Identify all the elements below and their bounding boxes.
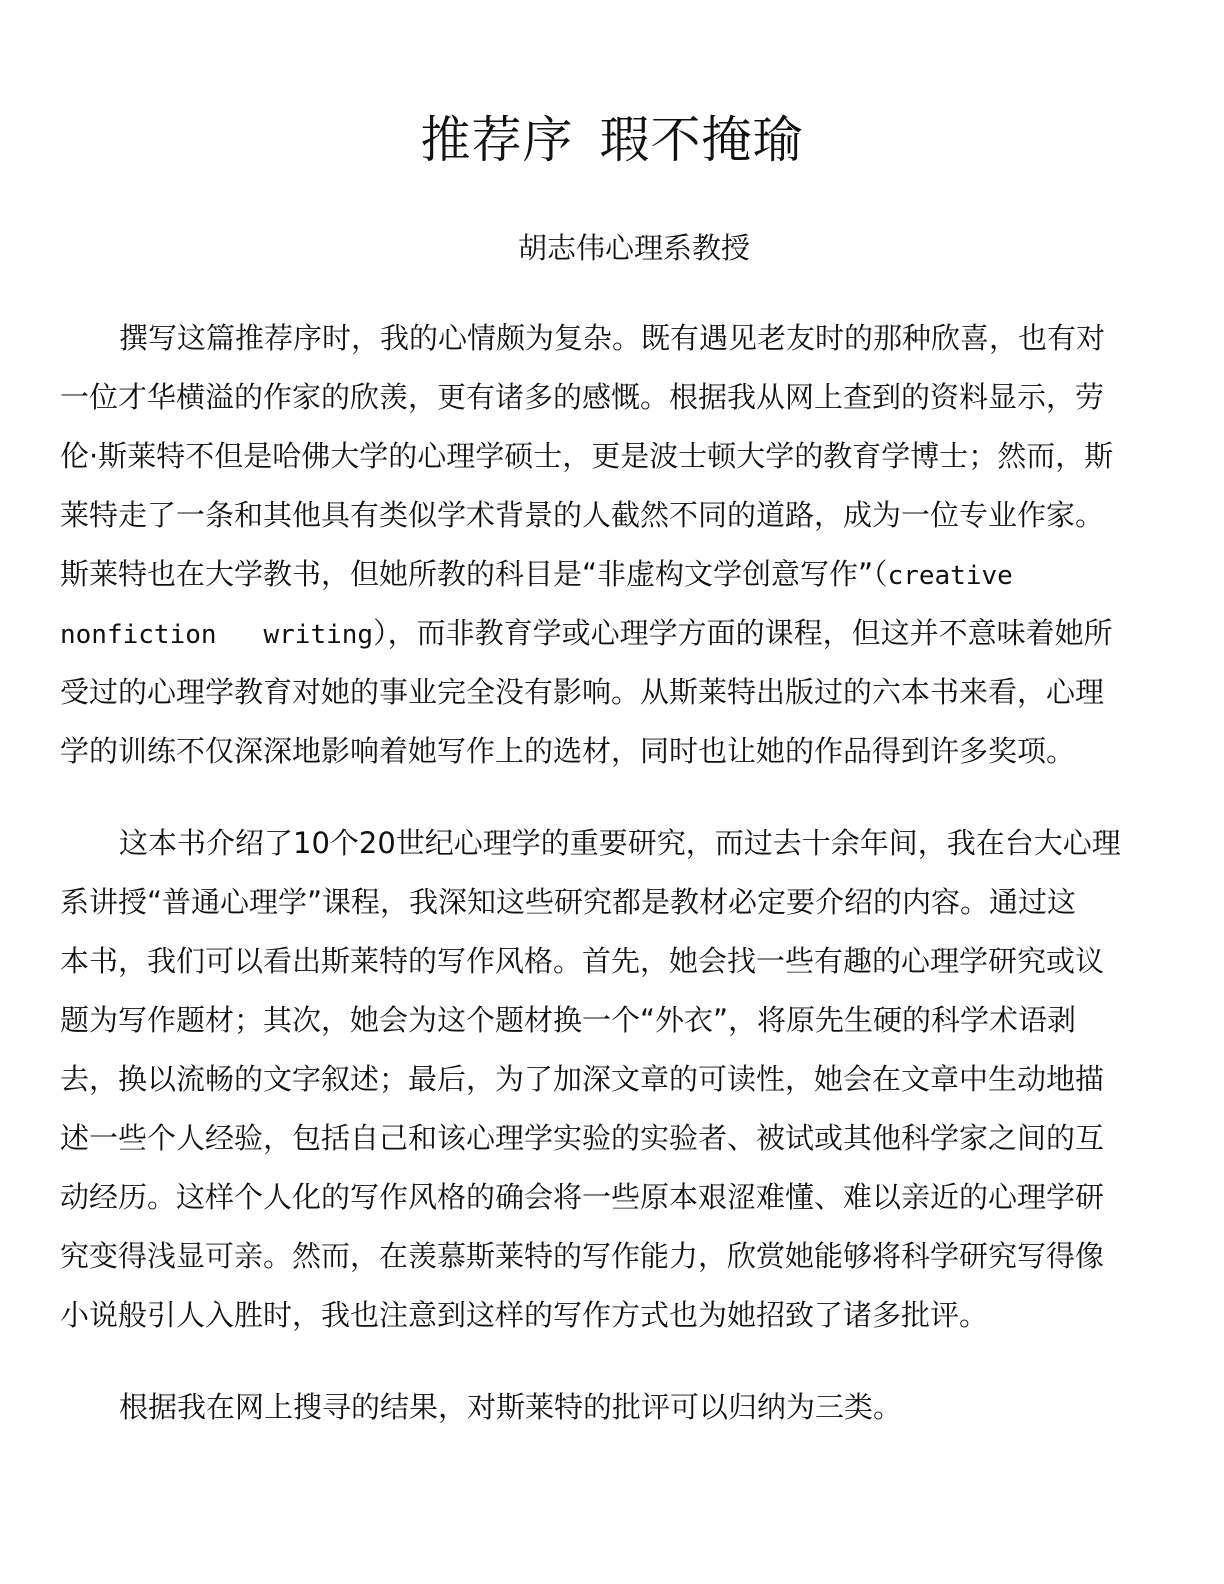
title-part-1: 推荐序: [421, 111, 574, 169]
text-line: 本书，我们可以看出斯莱特的写作风格。首先，她会找一些有趣的心理学研究或议: [60, 941, 1170, 1000]
text-line: 学的训练不仅深深地影响着她写作上的选材，同时也让她的作品得到许多奖项。: [60, 731, 1170, 790]
english-term: creative: [888, 561, 1013, 591]
text-line: 一位才华横溢的作家的欣羡，更有诸多的感慨。根据我从网上查到的资料显示，劳: [60, 377, 1170, 436]
text-line: 究变得浅显可亲。然而，在羡慕斯莱特的写作能力，欣赏她能够将科学研究写得像: [60, 1236, 1170, 1295]
text-segment: ），而非教育学或心理学方面的课程，但这并不意味着她所: [373, 616, 1113, 650]
title-part-2: 瑕不掩瑜: [600, 111, 804, 169]
text-line: 伦·斯莱特不但是哈佛大学的心理学硕士，更是波士顿大学的教育学博士；然而，斯: [60, 436, 1170, 495]
text-line: 述一些个人经验，包括自己和该心理学实验的实验者、被试或其他科学家之间的互: [60, 1118, 1170, 1177]
text-line: 莱特走了一条和其他具有类似学术背景的人截然不同的道路，成为一位专业作家。: [60, 495, 1170, 554]
text-line: 去，换以流畅的文字叙述；最后，为了加深文章的可读性，她会在文章中生动地描: [60, 1059, 1170, 1118]
text-line: 撰写这篇推荐序时，我的心情颇为复杂。既有遇见老友时的那种欣喜，也有对: [60, 318, 1170, 377]
text-line: 动经历。这样个人化的写作风格的确会将一些原本艰涩难懂、难以亲近的心理学研: [60, 1177, 1170, 1236]
text-line: nonfiction writing），而非教育学或心理学方面的课程，但这并不意…: [60, 613, 1170, 672]
text-segment: 斯莱特也在大学教书，但她所教的科目是“非虚构文学创意写作”（: [60, 557, 888, 591]
page-title: 推荐序瑕不掩瑜: [0, 108, 1224, 172]
paragraph-3: 根据我在网上搜寻的结果，对斯莱特的批评可以归纳为三类。: [60, 1387, 1170, 1446]
paragraph-2: 这本书介绍了10个20世纪心理学的重要研究，而过去十余年间，我在台大心理 系讲授…: [60, 823, 1170, 1354]
english-term: nonfiction writing: [60, 620, 373, 650]
text-line: 受过的心理学教育对她的事业完全没有影响。从斯莱特出版过的六本书来看，心理: [60, 672, 1170, 731]
text-line: 根据我在网上搜寻的结果，对斯莱特的批评可以归纳为三类。: [60, 1387, 1170, 1446]
text-line: 斯莱特也在大学教书，但她所教的科目是“非虚构文学创意写作”（creative: [60, 554, 1170, 613]
author-byline: 胡志伟心理系教授: [518, 228, 750, 268]
text-line: 系讲授“普通心理学”课程，我深知这些研究都是教材必定要介绍的内容。通过这: [60, 882, 1170, 941]
text-line: 小说般引人入胜时，我也注意到这样的写作方式也为她招致了诸多批评。: [60, 1295, 1170, 1354]
text-line: 这本书介绍了10个20世纪心理学的重要研究，而过去十余年间，我在台大心理: [60, 823, 1170, 882]
text-line: 题为写作题材；其次，她会为这个题材换一个“外衣”，将原先生硬的科学术语剥: [60, 1000, 1170, 1059]
paragraph-1: 撰写这篇推荐序时，我的心情颇为复杂。既有遇见老友时的那种欣喜，也有对 一位才华横…: [60, 318, 1170, 790]
